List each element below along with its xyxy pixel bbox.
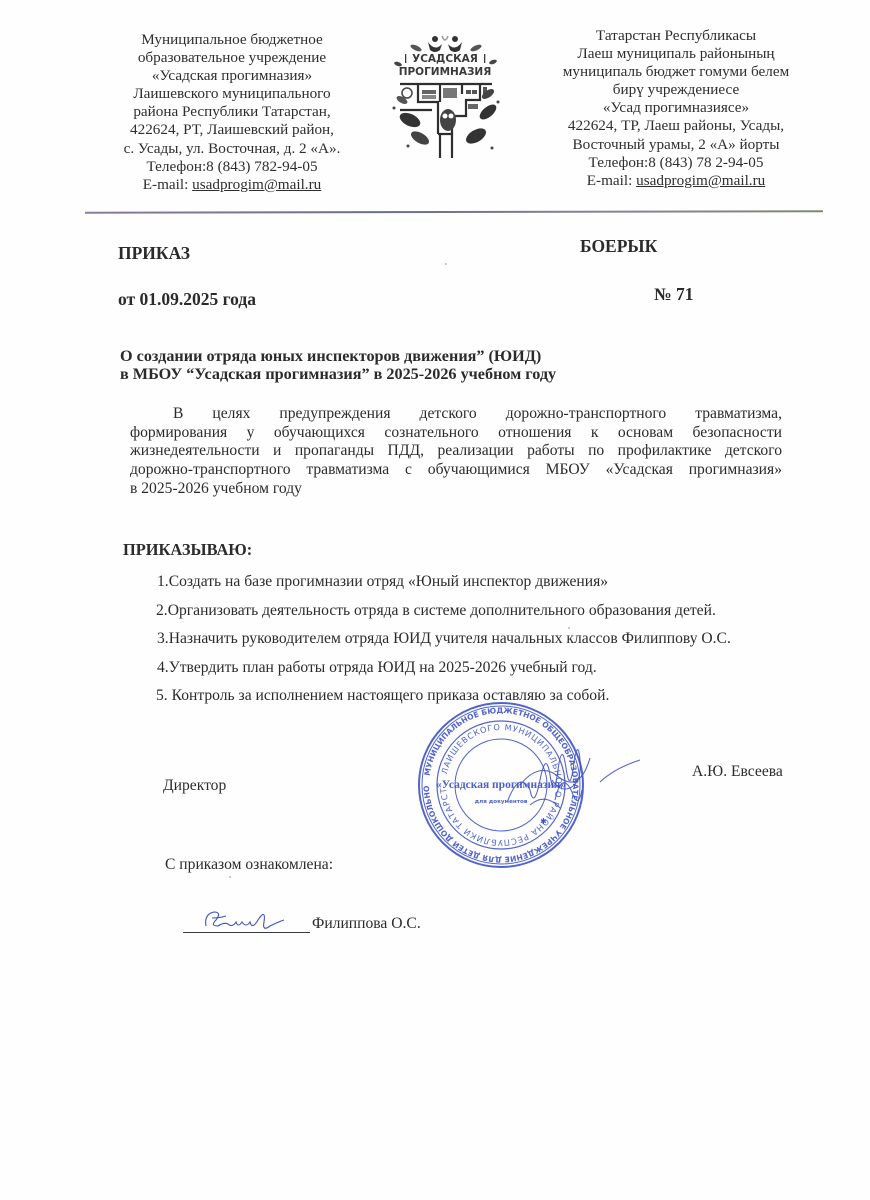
header-left-line: образовательное учреждение [98, 49, 366, 67]
header-left-line: «Усадская прогимназия» [98, 67, 366, 85]
header-right-email-row: E-mail: usadprogim@mail.ru [540, 172, 812, 190]
order-item: 3.Назначить руководителем отряда ЮИД учи… [157, 629, 731, 658]
logo-title-line1: УСАДСКАЯ [412, 53, 478, 65]
subject-line: О создании отряда юных инспекторов движе… [120, 347, 556, 365]
header-divider [85, 210, 823, 214]
scan-speck [568, 627, 570, 629]
header-left-line: с. Усады, ул. Восточная, д. 2 «А». [98, 140, 366, 158]
order-items-list: 1.Создать на базе прогимназии отряд «Юны… [157, 572, 731, 715]
header-right-line: Телефон:8 (843) 78 2-94-05 [540, 154, 812, 172]
acquainted-name: Филиппова О.С. [312, 915, 421, 933]
order-heading: ПРИКАЗЫВАЮ: [123, 540, 252, 560]
scan-speck [229, 876, 231, 878]
header-left-email-row: E-mail: usadprogim@mail.ru [98, 176, 366, 194]
header-right-line: Татарстан Республикасы [540, 27, 812, 45]
email-link[interactable]: usadprogim@mail.ru [636, 172, 765, 189]
order-item: 1.Создать на базе прогимназии отряд «Юны… [157, 572, 731, 601]
doc-number: № 71 [654, 284, 693, 305]
preamble-line: В целях предупреждения детского дорожно-… [130, 405, 782, 424]
acquainted-signature [200, 904, 290, 934]
preamble-line: в 2025-2026 учебном году [130, 480, 782, 499]
doc-type-tatar: БОЕРЫК [580, 236, 657, 257]
school-logo-icon: УСАДСКАЯ ПРОГИМНАЗИЯ [380, 30, 510, 160]
director-name: А.Ю. Евсеева [692, 763, 783, 781]
header-left-line: Лаишевского муниципального [98, 85, 366, 103]
header-right-line: 422624, ТР, Лаеш районы, Усады, [540, 117, 812, 135]
director-title: Директор [163, 777, 226, 795]
order-item: 2.Организовать деятельность отряда в сис… [156, 601, 731, 630]
document-page: Муниципальное бюджетное образовательное … [0, 0, 870, 1200]
scan-speck [445, 263, 447, 265]
preamble-line: дорожно-транспортного травматизма с обуч… [130, 461, 782, 480]
header-right-line: муниципаль бюджет гомуми белем [540, 63, 812, 81]
header-right-line: Восточный урамы, 2 «А» йорты [540, 136, 812, 154]
header-left-line: района Республики Татарстан, [98, 103, 366, 121]
subject-line: в МБОУ “Усадская прогимназия” в 2025-202… [120, 365, 556, 383]
header-right-line: бирү учреждениесе [540, 81, 812, 99]
preamble-line: жизнедеятельности и пропаганды ПДД, реал… [130, 442, 782, 461]
doc-preamble: В целях предупреждения детского дорожно-… [130, 405, 782, 499]
header-left-line: Муниципальное бюджетное [98, 31, 366, 49]
acquainted-label: С приказом ознакомлена: [165, 856, 333, 874]
header-left-russian: Муниципальное бюджетное образовательное … [98, 31, 366, 194]
order-item: 4.Утвердить план работы отряда ЮИД на 20… [157, 658, 731, 687]
header-left-line: 422624, РТ, Лаишевский район, [98, 121, 366, 139]
director-signature [500, 730, 645, 825]
email-link[interactable]: usadprogim@mail.ru [192, 176, 321, 193]
email-label: E-mail: [587, 172, 636, 189]
header-right-line: «Усад прогимназиясе» [540, 99, 812, 117]
doc-date: от 01.09.2025 года [118, 289, 256, 310]
signature-line [183, 932, 310, 933]
preamble-line: формирования у обучающихся сознательного… [130, 424, 782, 443]
email-label: E-mail: [143, 176, 192, 193]
doc-type-russian: ПРИКАЗ [118, 243, 190, 264]
header-right-tatar: Татарстан Республикасы Лаеш муниципаль р… [540, 27, 812, 190]
header-left-line: Телефон:8 (843) 782-94-05 [98, 158, 366, 176]
header-right-line: Лаеш муниципаль районының [540, 45, 812, 63]
doc-subject: О создании отряда юных инспекторов движе… [120, 347, 556, 383]
logo-title-line2: ПРОГИМНАЗИЯ [399, 66, 492, 78]
